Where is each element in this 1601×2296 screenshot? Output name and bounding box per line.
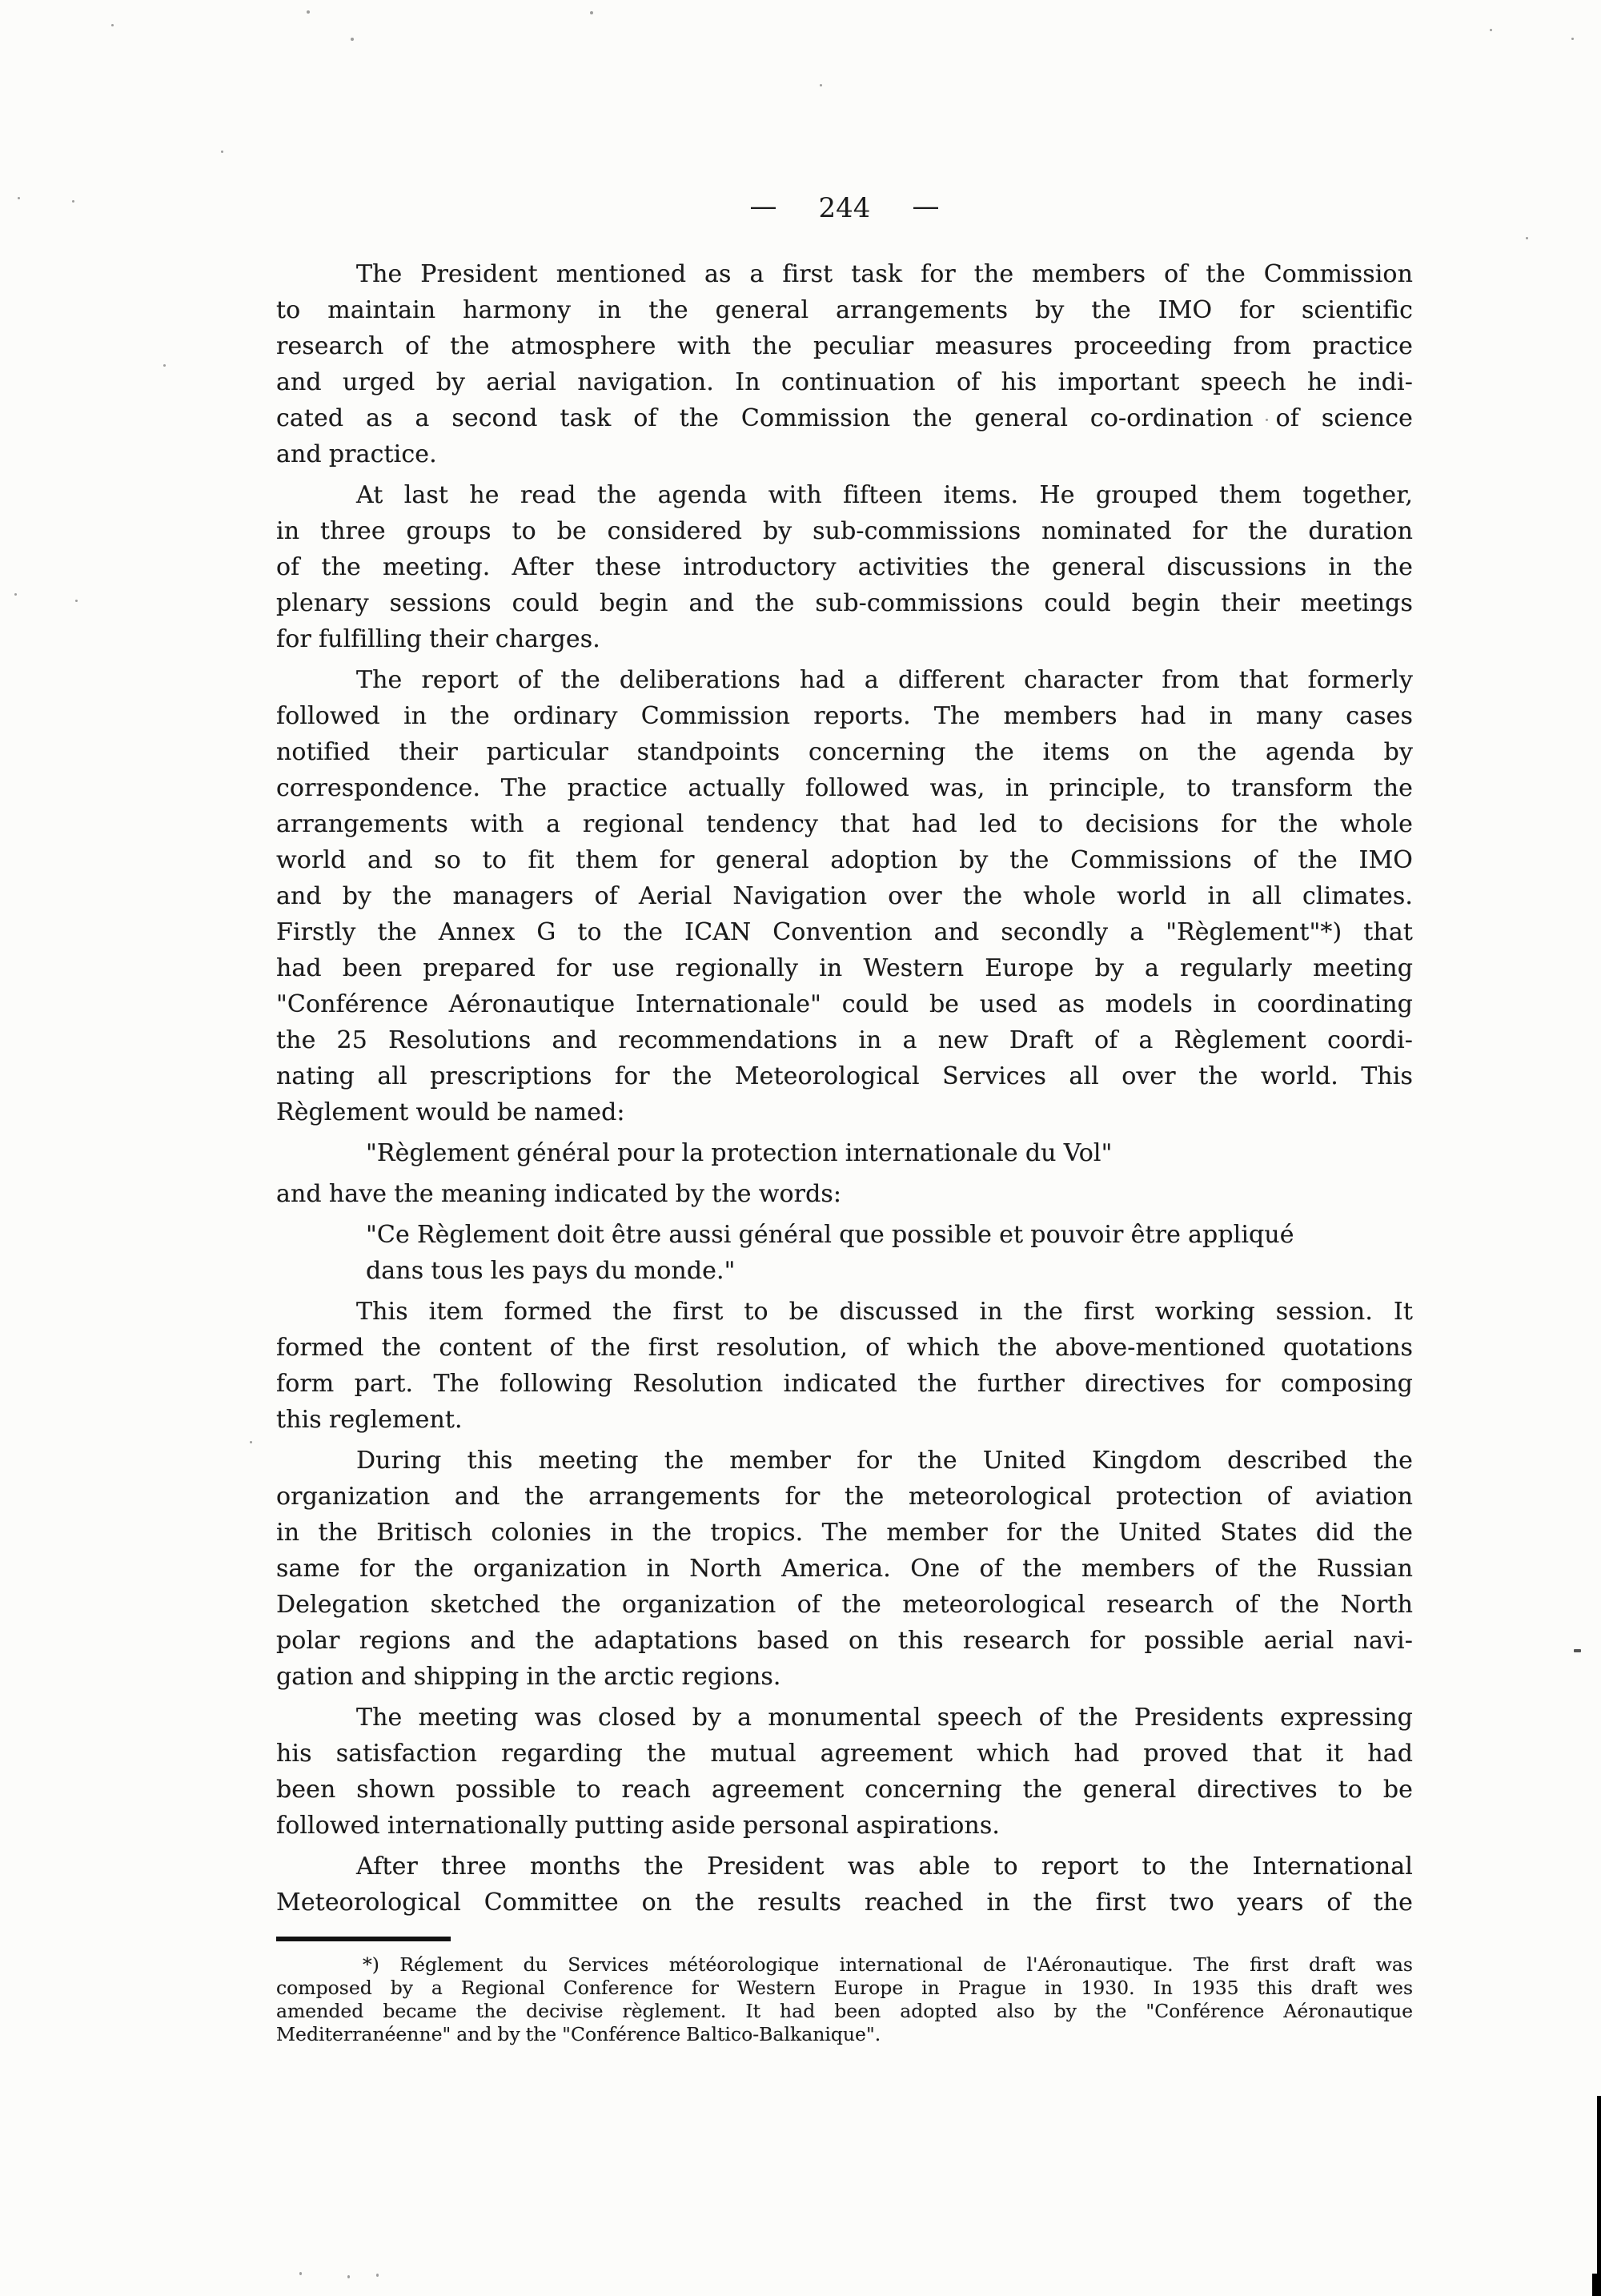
text-line: been shown possible to reach agreement c…: [276, 1772, 1413, 1808]
footnote-line: Mediterranéenne" and by the "Conférence …: [276, 2023, 1413, 2046]
page-number: 244: [819, 192, 871, 224]
scan-speck: [347, 2275, 350, 2278]
text-line: Delegation sketched the organization of …: [276, 1587, 1413, 1623]
page-number-line: — 244 —: [276, 192, 1413, 224]
text-line: and by the managers of Aerial Navigation…: [276, 878, 1413, 914]
text-line: followed in the ordinary Commission repo…: [276, 698, 1413, 734]
text-line: plenary sessions could begin and the sub…: [276, 585, 1413, 621]
text-line: and practice.: [276, 436, 1413, 472]
footnote-line: *) Réglement du Services météorologique …: [276, 1953, 1413, 1977]
scan-speck: [14, 593, 17, 596]
paragraph: At last he read the agenda with fifteen …: [276, 477, 1413, 657]
text-line: Meteorological Committee on the results …: [276, 1885, 1413, 1921]
plain-block: and have the meaning indicated by the wo…: [276, 1176, 1413, 1212]
scan-speck: [1574, 1649, 1581, 1652]
paragraph: The President mentioned as a first task …: [276, 256, 1413, 472]
text-line: gation and shipping in the arctic region…: [276, 1659, 1413, 1695]
text-line: and have the meaning indicated by the wo…: [276, 1176, 1413, 1212]
text-line: to maintain harmony in the general arran…: [276, 292, 1413, 328]
page-number-dash-right: —: [912, 191, 939, 223]
footnote-line: amended became the decivise règlement. I…: [276, 2000, 1413, 2023]
document-page: — 244 — The President mentioned as a fir…: [0, 0, 1601, 2296]
paragraph: The report of the deliberations had a di…: [276, 662, 1413, 1130]
scan-speck: [163, 364, 166, 367]
text-line: in the Britisch colonies in the tropics.…: [276, 1515, 1413, 1551]
scan-speck: [1490, 29, 1492, 31]
body-column: The President mentioned as a first task …: [276, 256, 1413, 1925]
text-line: for fulfilling their charges.: [276, 621, 1413, 657]
footnote-rule: [276, 1937, 451, 1941]
quote-block: "Ce Règlement doit être aussi général qu…: [366, 1217, 1413, 1289]
text-line: The report of the deliberations had a di…: [276, 662, 1413, 698]
text-line: "Conférence Aéronautique Internationale"…: [276, 986, 1413, 1022]
text-line: The meeting was closed by a monumental s…: [276, 1700, 1413, 1736]
text-line: correspondence. The practice actually fo…: [276, 770, 1413, 806]
text-line: polar regions and the adaptations based …: [276, 1623, 1413, 1659]
text-line: research of the atmosphere with the pecu…: [276, 328, 1413, 364]
text-line: his satisfaction regarding the mutual ag…: [276, 1736, 1413, 1772]
paragraph: The meeting was closed by a monumental s…: [276, 1700, 1413, 1844]
text-line: of the meeting. After these introductory…: [276, 549, 1413, 585]
text-line: "Ce Règlement doit être aussi général qu…: [366, 1217, 1413, 1253]
text-line: After three months the President was abl…: [276, 1848, 1413, 1885]
scan-speck: [221, 151, 223, 153]
text-line: world and so to fit them for general ado…: [276, 842, 1413, 878]
scan-speck: [820, 84, 822, 86]
text-line: the 25 Resolutions and recommendations i…: [276, 1022, 1413, 1058]
scan-speck: [1266, 419, 1268, 421]
scan-speck: [590, 11, 593, 14]
footnote: *) Réglement du Services météorologique …: [276, 1953, 1413, 2046]
text-line: dans tous les pays du monde.": [366, 1253, 1413, 1289]
text-line: nating all prescriptions for the Meteoro…: [276, 1058, 1413, 1094]
text-line: form part. The following Resolution indi…: [276, 1366, 1413, 1402]
scan-speck: [307, 10, 310, 14]
text-line: notified their particular standpoints co…: [276, 734, 1413, 770]
scan-speck: [1526, 237, 1528, 239]
scan-edge-bar: [1597, 2096, 1601, 2296]
scan-speck: [18, 197, 20, 199]
text-line: Firstly the Annex G to the ICAN Conventi…: [276, 914, 1413, 950]
scan-speck: [250, 1441, 252, 1443]
text-line: arrangements with a regional tendency th…: [276, 806, 1413, 842]
paragraph: During this meeting the member for the U…: [276, 1443, 1413, 1695]
text-line: in three groups to be considered by sub-…: [276, 513, 1413, 549]
text-line: had been prepared for use regionally in …: [276, 950, 1413, 986]
paragraph: After three months the President was abl…: [276, 1848, 1413, 1921]
scan-speck: [72, 200, 74, 203]
text-line: During this meeting the member for the U…: [276, 1443, 1413, 1479]
text-line: and urged by aerial navigation. In conti…: [276, 364, 1413, 400]
footnote-line: composed by a Regional Conference for We…: [276, 1977, 1413, 2000]
text-line: "Règlement général pour la protection in…: [366, 1135, 1413, 1171]
text-line: followed internationally putting aside p…: [276, 1808, 1413, 1844]
scan-speck: [75, 600, 78, 602]
text-line: organization and the arrangements for th…: [276, 1479, 1413, 1515]
text-line: This item formed the first to be discuss…: [276, 1294, 1413, 1330]
quote-block: "Règlement général pour la protection in…: [366, 1135, 1413, 1171]
text-line: The President mentioned as a first task …: [276, 256, 1413, 292]
scan-speck: [1571, 38, 1574, 40]
scan-speck: [111, 24, 114, 26]
text-line: At last he read the agenda with fifteen …: [276, 477, 1413, 513]
text-line: Règlement would be named:: [276, 1094, 1413, 1130]
text-line: cated as a second task of the Commission…: [276, 400, 1413, 436]
text-line: formed the content of the first resoluti…: [276, 1330, 1413, 1366]
scan-speck: [376, 2274, 379, 2277]
text-line: this reglement.: [276, 1402, 1413, 1438]
scan-speck: [351, 38, 354, 41]
scan-edge-blob: [1592, 2274, 1601, 2296]
page-number-dash-left: —: [750, 191, 777, 223]
paragraph: This item formed the first to be discuss…: [276, 1294, 1413, 1438]
text-line: same for the organization in North Ameri…: [276, 1551, 1413, 1587]
scan-speck: [299, 2272, 302, 2275]
